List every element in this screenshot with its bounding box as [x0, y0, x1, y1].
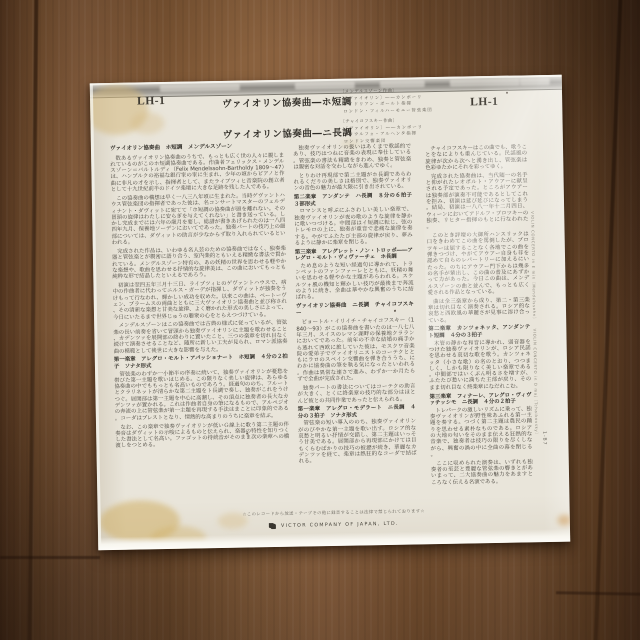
credit-line: ロンドン・フィルハーモニー管弦楽団	[340, 107, 462, 115]
dust-speck	[506, 92, 508, 94]
liner-notes-paragraph: トレパークの激しいリズムに乗って、独奏ヴァイオリンが野性味あふれる第一主題を奏す…	[430, 406, 533, 458]
liner-notes-paragraph: 曲は全三楽章から成り、第二・第三楽章は切れ目なく演奏される。ロシア的な哀愁と西欧…	[428, 297, 530, 324]
edge-corner-mark: 1-B7	[541, 431, 546, 446]
liner-notes-column-left: ヴァイオリン協奏曲 ホ短調 メンデルスゾーン数あるヴァイオリン協奏曲のうちで、も…	[110, 142, 291, 521]
edge-glint	[380, 80, 425, 88]
liner-notes-paragraph: このとき評壇の大御所ハンスリックは口をきわめてこの曲を罵倒したが、ブロツキーは屈…	[427, 231, 530, 296]
album-title-e-minor: ヴァイオリン協奏曲―ホ短調	[222, 94, 352, 110]
liner-notes-column-middle: 独奏ヴァイオリンの扱いはあくまで歌謡的であり、技巧はつねに音楽の表現に奉仕してい…	[293, 143, 418, 519]
record-sleeve-back: LH-1 LH-1 ヴァイオリン協奏曲―ホ短調 ヴァイオリン協奏曲―ニ長調 〔メ…	[90, 75, 570, 551]
liner-notes-heading: 第一楽章 アレグロ・モルト・アパッショナート ホ短調 ４分の２拍子 ソナタ形式	[114, 354, 288, 370]
edge-glint	[295, 82, 355, 90]
liner-notes-paragraph: 管弦楽のわずか一小節半の序奏に続いて、独奏ヴァイオリンが憂愁を帯びた第一主題を歌…	[114, 368, 289, 422]
liner-notes-paragraph: 初演は翌四五年三月十三日、ライプツィヒのゲヴァントハウスで、病中の作曲者に代わっ…	[112, 280, 287, 321]
credits-block: 〔メンデルスゾーン作曲〕〔ヴァイオリン〕――カンポーリエイドリアン・ボールト指揮…	[340, 88, 463, 150]
liner-notes-paragraph: なお、この楽章で独奏ヴァイオリンが低いＧ線上に歌う第二主題の伴奏音はダヴィットの…	[115, 421, 289, 449]
liner-notes-paragraph: 完成された作品は、いわゆる名人芸のための協奏曲ではなく、独奏楽器と管弦楽とが親密…	[112, 246, 287, 281]
liner-notes-paragraph: ロマンスと呼ぶにふさわしい美しい楽章で、独奏ヴァイオリンが夜の歌のような旋律を静…	[294, 207, 413, 247]
liner-notes-paragraph: 独奏パートの書法についてはコーテクの助言が大きく、とくに終楽章の技巧的な部分はほ…	[297, 383, 415, 404]
victor-logo	[269, 523, 276, 529]
liner-notes-paragraph: ため息のような短い経過句に導かれて、トランペットのファンファーレとともに、妖精の…	[295, 261, 414, 301]
album-title-d-major: ヴァイオリン協奏曲―ニ長調	[223, 125, 353, 141]
liner-notes-heading: 第二楽章 アンダンテ ハ長調 ８分の６拍子 ３部形式	[294, 193, 412, 208]
liner-notes-heading: 第二楽章 カンツォネッタ、アンダンテ ト短調 ４分の３拍子	[428, 325, 530, 339]
liner-notes-heading: ヴァイオリン協奏曲 ホ短調 メンデルスゾーン	[110, 143, 284, 153]
liner-notes-paragraph: ここに収められた演奏は、いずれも独奏者の至芸と豊麗な管弦楽の響きとがあいまって、…	[431, 459, 533, 486]
liner-notes-heading: 第三楽章 フィナーレ、アレグロ・ヴィヴァチッシモ ニ長調 ４分の２拍子	[430, 392, 532, 406]
edge-glint	[520, 78, 550, 86]
liner-notes-paragraph: この協奏曲の構想は早く一八三八年頃に生まれた。当時ゲヴァントハウス管弦楽団の指揮…	[111, 193, 286, 247]
credits-mendelssohn: 〔メンデルスゾーン作曲〕〔ヴァイオリン〕――カンポーリエイドリアン・ボールト指揮…	[340, 88, 462, 116]
liner-notes-paragraph: チャイコフスキーはこの曲でも、歌うことをなによりも重んじている。民謡風の旋律が次…	[425, 144, 527, 171]
liner-notes-heading: ヴァイオリン協奏曲 ニ長調 チャイコフスキー	[296, 302, 414, 317]
liner-notes-paragraph: 木管の静かな和音に導かれ、弱音器をつけた独奏ヴァイオリンが、ロシア民謡を思わせる…	[429, 339, 532, 391]
photo-scene: LH-1 LH-1 ヴァイオリン協奏曲―ホ短調 ヴァイオリン協奏曲―ニ長調 〔メ…	[0, 0, 640, 640]
liner-notes-paragraph: ピョートル・イリイチ・チャイコフスキー（1840～93）がこの協奏曲を書いたのは…	[296, 318, 415, 383]
liner-notes-paragraph: 完成された協奏曲は、当代随一の名手と仰がれたレオポルト・アウアーに献呈される予定…	[425, 172, 528, 231]
liner-notes-paragraph: 管弦楽の短い導入ののち、独奏ヴァイオリンがのびやかな第一主題を歌い出す。ロシア的…	[298, 419, 417, 465]
edge-glint	[160, 84, 240, 92]
liner-notes-heading: 第一楽章 アレグロ・モデラート ニ長調 ４分の３拍子 ソナタ形式	[298, 405, 416, 420]
liner-notes-paragraph: メンデルスゾーンはこの協奏曲では古典の様式に従っているが、管弦楽の長い前奏を省い…	[113, 320, 288, 355]
liner-notes-heading: 第三楽章 アレグレット・ノン・トロッポ――アレグロ・モルト・ヴィヴァーチェ ホ長…	[295, 247, 413, 262]
liner-notes-paragraph: 数あるヴァイオリン協奏曲のうちで、もっとも広く世の人々に親しまれているのがこのホ…	[110, 152, 285, 193]
liner-notes-paragraph: とりわけ再現部で第二主題がホ長調であらわれるくだりの美しさは格別で、独奏ヴァイオ…	[293, 171, 411, 192]
liner-notes-paragraph: 独奏ヴァイオリンの扱いはあくまで歌謡的であり、技巧はつねに音楽の表現に奉仕してい…	[293, 143, 411, 170]
credits-tchaikovsky: 〔チャイコフスキー作曲〕〔ヴァイオリン〕――カンポーリアタウルフォ・アルヘンタ指…	[340, 117, 462, 145]
catalog-number-right: LH-1	[470, 96, 498, 109]
catalog-number-left: LH-1	[137, 95, 165, 108]
liner-notes-column-right: チャイコフスキーはこの曲でも、歌うことをなによりも重んじている。民謡風の旋律が次…	[425, 144, 534, 518]
edge-glint	[450, 78, 520, 86]
